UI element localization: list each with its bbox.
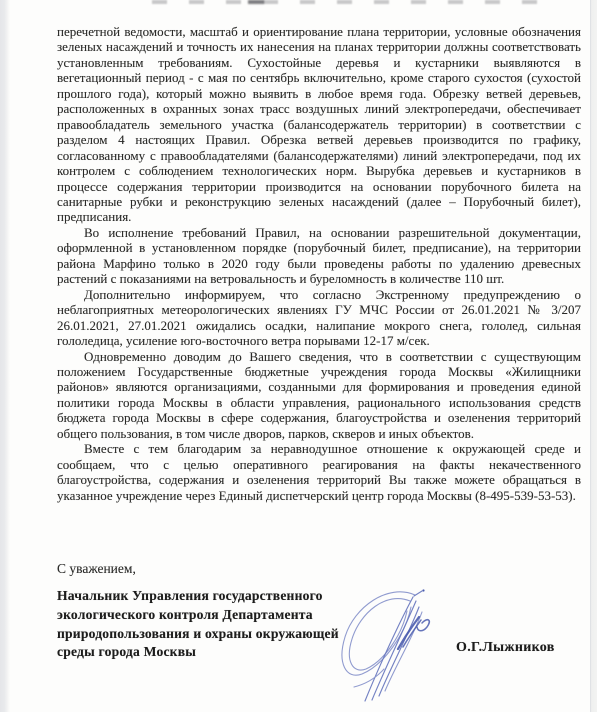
signer-name: О.Г.Лыжников [456, 640, 555, 656]
paragraph-rules-continuation: перечетной ведомости, масштаб и ориентир… [57, 24, 581, 225]
handwritten-signature [318, 581, 448, 712]
letter-body: перечетной ведомости, масштаб и ориентир… [57, 24, 581, 503]
scan-left-edge [0, 0, 10, 712]
paragraph-weather-warning: Дополнительно информируем, что согласно … [57, 287, 581, 349]
paragraph-dispatch-center: Вместе с тем благодарим за неравнодушное… [57, 441, 581, 503]
cut-off-text-artifact [152, 0, 544, 4]
scan-right-edge [590, 0, 597, 712]
closing-salutation: С уважением, [57, 561, 136, 577]
paragraph-marfino-works: Во исполнение требований Правил, на осно… [57, 225, 581, 287]
paragraph-zhilishchnik-info: Одновременно доводим до Вашего сведения,… [57, 349, 581, 442]
scanned-letter-page: перечетной ведомости, масштаб и ориентир… [0, 0, 597, 712]
